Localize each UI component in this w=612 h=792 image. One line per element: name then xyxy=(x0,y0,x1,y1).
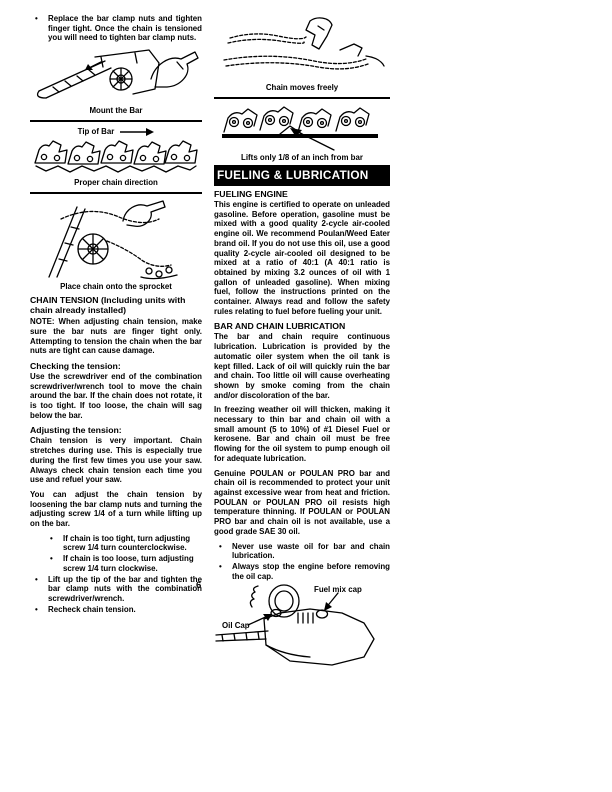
adjusting-tension-heading: Adjusting the tension: xyxy=(30,425,202,435)
checking-paragraph: Use the screwdriver end of the combinati… xyxy=(30,372,202,421)
fueling-engine-heading: FUELING ENGINE xyxy=(214,189,390,199)
chain-moves-freely-figure: Chain moves freely xyxy=(214,16,390,92)
chain-strip-illustration xyxy=(34,137,198,177)
adjusting-paragraph: Chain tension is very important. Chain s… xyxy=(30,436,202,485)
lubrication-paragraph: In freezing weather oil will thicken, ma… xyxy=(214,405,390,463)
left-column: Replace the bar clamp nuts and tighten f… xyxy=(30,14,202,683)
bar-chain-lubrication-heading: BAR AND CHAIN LUBRICATION xyxy=(214,321,390,331)
note-paragraph: NOTE: When adjusting chain tension, make… xyxy=(30,317,202,356)
page-content: Replace the bar clamp nuts and tighten f… xyxy=(30,14,390,683)
right-column: Chain moves freely xyxy=(214,14,390,683)
manual-page: Replace the bar clamp nuts and tighten f… xyxy=(0,0,612,792)
mount-bar-figure: Mount the Bar xyxy=(30,45,202,115)
sprocket-illustration xyxy=(31,199,201,281)
list-item: Recheck chain tension. xyxy=(30,605,202,615)
figure-caption: Lifts only 1/8 of an inch from bar xyxy=(214,153,390,162)
list-item: If chain is too loose, turn adjusting sc… xyxy=(30,554,202,573)
chain-moves-freely-illustration xyxy=(214,16,390,82)
chainsaw-illustration xyxy=(214,583,392,681)
saw-caps-figure: Fuel mix cap Oil Cap xyxy=(214,583,390,683)
fueling-lubrication-banner: FUELING & LUBRICATION xyxy=(214,165,390,186)
figure-caption: Chain moves freely xyxy=(214,83,390,92)
figure-caption: Proper chain direction xyxy=(30,178,202,187)
section-divider xyxy=(214,97,390,99)
chain-lift-illustration xyxy=(214,104,390,152)
lubrication-paragraph: Genuine POULAN or POULAN PRO bar and cha… xyxy=(214,469,390,537)
chain-tension-heading: CHAIN TENSION (Including units with chai… xyxy=(30,295,202,315)
tip-of-bar-label: Tip of Bar xyxy=(78,127,115,136)
figure-caption: Mount the Bar xyxy=(30,106,202,115)
list-item: Never use waste oil for bar and chain lu… xyxy=(214,542,390,561)
fueling-paragraph: This engine is certified to operate on u… xyxy=(214,200,390,316)
chain-direction-figure: Tip of Bar xyxy=(30,127,202,187)
list-item: Lift up the tip of the bar and tighten t… xyxy=(30,575,202,604)
adjusting-paragraph: You can adjust the chain tension by loos… xyxy=(30,490,202,529)
lubrication-paragraph: The bar and chain require continuous lub… xyxy=(214,332,390,400)
list-item: Always stop the engine before removing t… xyxy=(214,562,390,581)
figure-caption: Place chain onto the sprocket xyxy=(30,282,202,291)
right-arrow-icon xyxy=(120,128,154,136)
oil-cap-label: Oil Cap xyxy=(222,621,250,630)
checking-tension-heading: Checking the tension: xyxy=(30,361,202,371)
list-item: If chain is too tight, turn adjusting sc… xyxy=(30,534,202,553)
page-number: 6 xyxy=(196,580,201,591)
sprocket-figure: Place chain onto the sprocket xyxy=(30,199,202,291)
section-divider xyxy=(30,192,202,194)
fuel-mix-cap-label: Fuel mix cap xyxy=(314,585,362,594)
list-item: Replace the bar clamp nuts and tighten f… xyxy=(30,14,202,43)
section-divider xyxy=(30,120,202,122)
chain-lift-figure: Lifts only 1/8 of an inch from bar xyxy=(214,104,390,162)
mount-bar-illustration xyxy=(31,45,201,105)
